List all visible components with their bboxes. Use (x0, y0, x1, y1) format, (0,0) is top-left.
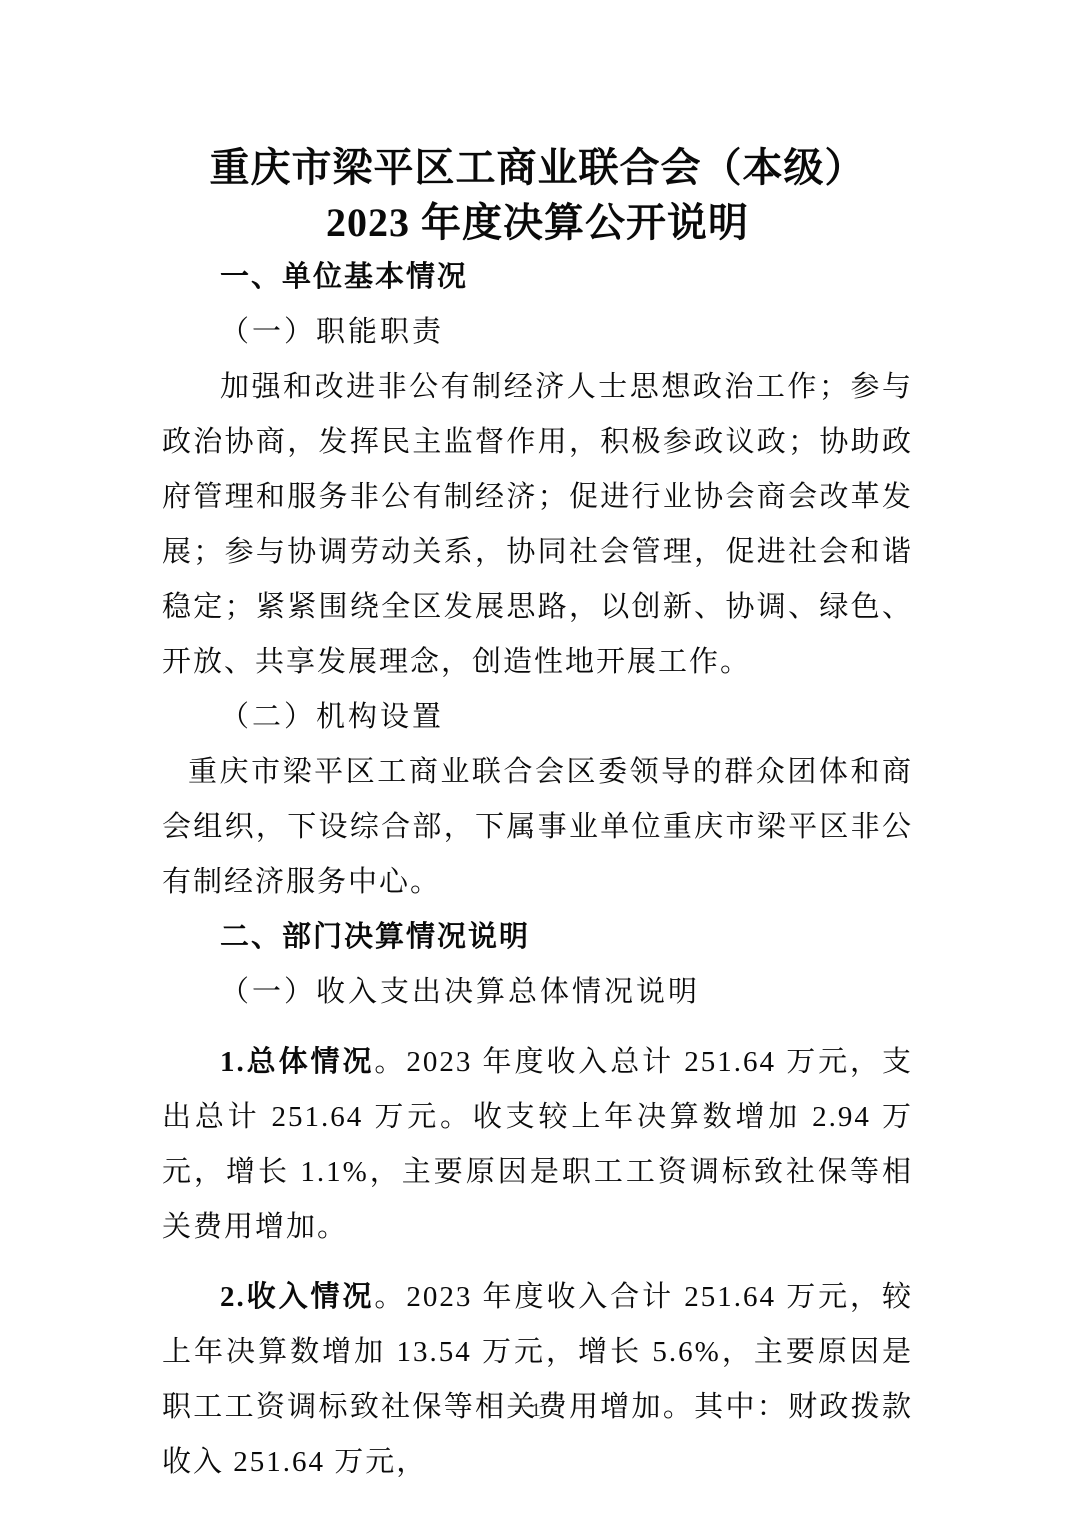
section-heading-final-accounts: 二、部门决算情况说明 (162, 910, 913, 965)
document-page: 重庆市梁平区工商业联合会（本级） 2023 年度决算公开说明 一、单位基本情况 … (0, 0, 1075, 1520)
page-number: - 1 - (0, 1400, 1075, 1422)
title-line-1: 重庆市梁平区工商业联合会（本级） (0, 140, 1075, 195)
title-line-2: 2023 年度决算公开说明 (0, 195, 1075, 250)
section-heading-basic-info: 一、单位基本情况 (162, 250, 913, 305)
subsection-heading-organization: （二）机构设置 (162, 690, 913, 745)
subsection-heading-overall-revenue-expenditure: （一）收入支出决算总体情况说明 (162, 965, 913, 1020)
paragraph-overall-situation: 1.总体情况。2023 年度收入总计 251.64 万元，支出总计 251.64… (162, 1035, 913, 1255)
document-title: 重庆市梁平区工商业联合会（本级） 2023 年度决算公开说明 (0, 140, 1075, 250)
paragraph-duties: 加强和改进非公有制经济人士思想政治工作；参与政治协商，发挥民主监督作用，积极参政… (162, 360, 913, 690)
paragraph-lead-income: 2.收入情况 (220, 1281, 374, 1313)
subsection-heading-duties: （一）职能职责 (162, 305, 913, 360)
document-body: 一、单位基本情况 （一）职能职责 加强和改进非公有制经济人士思想政治工作；参与政… (162, 250, 913, 1490)
paragraph-organization: 重庆市梁平区工商业联合会区委领导的群众团体和商会组织，下设综合部，下属事业单位重… (162, 745, 913, 910)
paragraph-income-situation: 2.收入情况。2023 年度收入合计 251.64 万元，较上年决算数增加 13… (162, 1270, 913, 1490)
paragraph-lead-overall: 1.总体情况 (220, 1046, 374, 1078)
